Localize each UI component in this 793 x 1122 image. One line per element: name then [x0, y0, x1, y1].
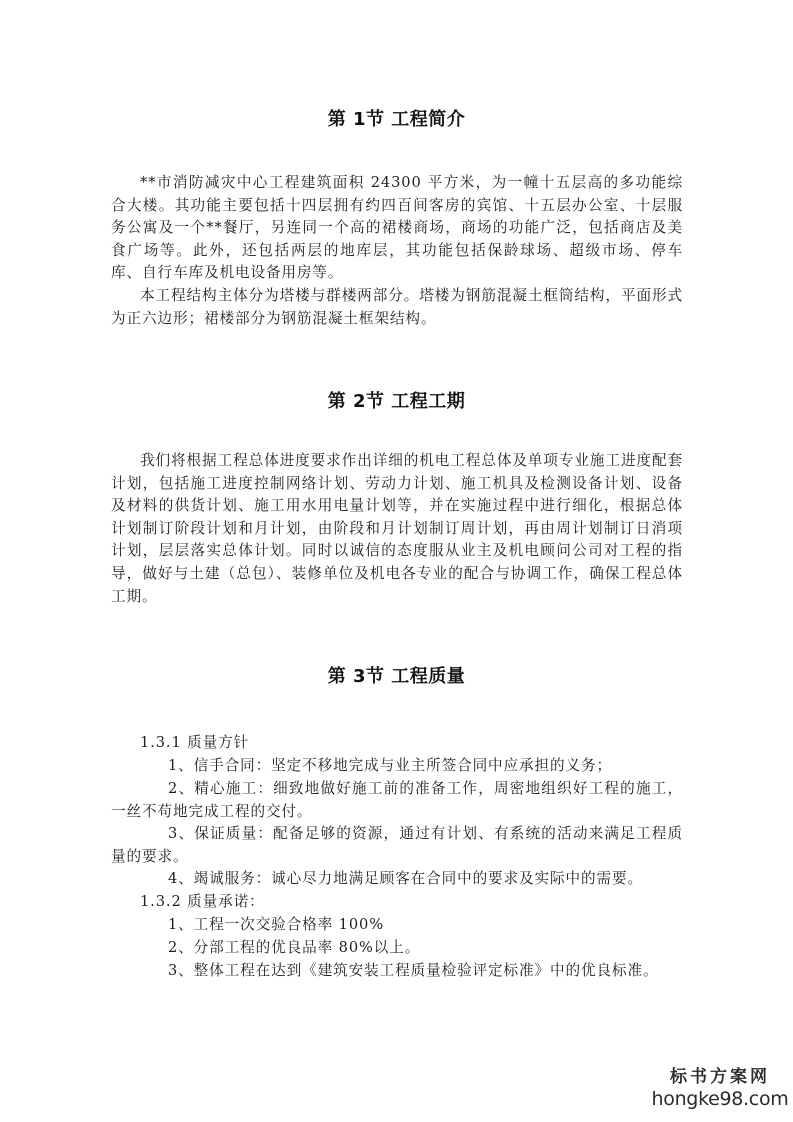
quality-commitment-item-1: 1、工程一次交验合格率 100% [168, 914, 384, 937]
quality-policy-item-3: 3、保证质量：配备足够的资源，通过有计划、有系统的活动来满足工程质量的要求。 [111, 823, 683, 868]
document-page: 第 1节 工程简介 **市消防减灾中心工程建筑面积 24300 平方米，为一幢十… [0, 0, 793, 1122]
section-1-title: 第 1节 工程简介 [0, 105, 793, 131]
subsection-1-3-2-heading: 1.3.2 质量承诺： [140, 891, 265, 914]
section-3-title: 第 3节 工程质量 [0, 662, 793, 688]
quality-commitment-item-2: 2、分部工程的优良品率 80%以上。 [168, 937, 420, 960]
quality-policy-item-1: 1、信手合同：坚定不移地完成与业主所签合同中应承担的义务； [111, 755, 683, 778]
watermark-url-text: hongke98.com [650, 1088, 790, 1110]
section-2-title: 第 2节 工程工期 [0, 387, 793, 413]
section-1-paragraph-2: 本工程结构主体分为塔楼与群楼两部分。塔楼为钢筋混凝土框筒结构，平面形式为正六边形… [111, 285, 683, 330]
section-1-paragraph-1: **市消防减灾中心工程建筑面积 24300 平方米，为一幢十五层高的多功能综合大… [111, 172, 683, 285]
watermark-cn-text: 标书方案网 [650, 1066, 790, 1088]
watermark-logo: 标书方案网 hongke98.com [650, 1066, 790, 1110]
quality-commitment-item-3: 3、整体工程在达到《建筑安装工程质量检验评定标准》中的优良标准。 [168, 960, 659, 983]
quality-policy-item-2: 2、精心施工：细致地做好施工前的准备工作，周密地组织好工程的施工，一丝不苟地完成… [111, 778, 683, 823]
quality-policy-item-4: 4、竭诚服务：诚心尽力地满足顾客在合同中的要求及实际中的需要。 [111, 868, 683, 891]
subsection-1-3-1-heading: 1.3.1 质量方针 [140, 732, 249, 755]
section-2-paragraph-1: 我们将根据工程总体进度要求作出详细的机电工程总体及单项专业施工进度配套计划，包括… [111, 450, 683, 608]
